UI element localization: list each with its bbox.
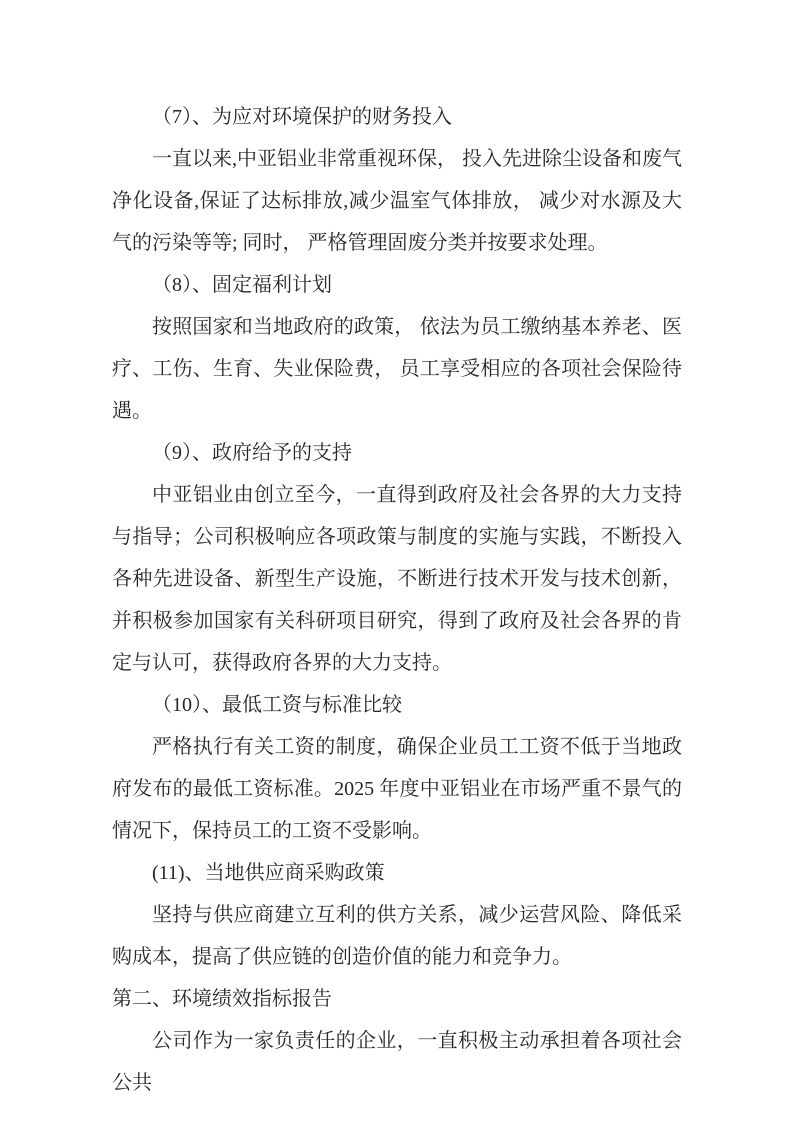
item-heading: （7）、为应对环境保护的财务投入 bbox=[112, 96, 682, 138]
paragraph: 中亚铝业由创立至今，一直得到政府及社会各界的大力支持与指导；公司积极响应各项政策… bbox=[112, 474, 682, 684]
section-heading: 第二、环境绩效指标报告 bbox=[112, 978, 682, 1020]
document-body: （7）、为应对环境保护的财务投入一直以来,中亚铝业非常重视环保， 投入先进除尘设… bbox=[112, 96, 682, 1104]
item-heading: （10）、最低工资与标准比较 bbox=[112, 684, 682, 726]
item-heading: (11)、当地供应商采购政策 bbox=[112, 852, 682, 894]
paragraph: 公司作为一家负责任的企业，一直积极主动承担着各项社会公共 bbox=[112, 1020, 682, 1104]
paragraph: 坚持与供应商建立互利的供方关系，减少运营风险、降低采购成本，提高了供应链的创造价… bbox=[112, 894, 682, 978]
paragraph: 严格执行有关工资的制度，确保企业员工工资不低于当地政府发布的最低工资标准。202… bbox=[112, 726, 682, 852]
paragraph: 按照国家和当地政府的政策， 依法为员工缴纳基本养老、医疗、工伤、生育、失业保险费… bbox=[112, 306, 682, 432]
paragraph: 一直以来,中亚铝业非常重视环保， 投入先进除尘设备和废气净化设备,保证了达标排放… bbox=[112, 138, 682, 264]
document-page: （7）、为应对环境保护的财务投入一直以来,中亚铝业非常重视环保， 投入先进除尘设… bbox=[0, 0, 794, 1123]
item-heading: （8）、固定福利计划 bbox=[112, 264, 682, 306]
item-heading: （9）、政府给予的支持 bbox=[112, 432, 682, 474]
